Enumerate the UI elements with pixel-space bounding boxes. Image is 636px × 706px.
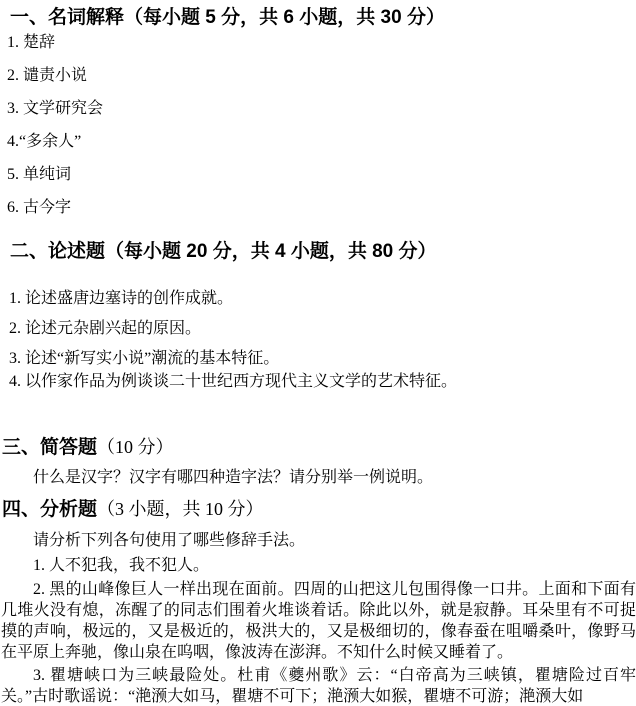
section-1-item-4: 4.“多余人” (7, 133, 636, 150)
section-noun-explanation: 一、名词解释（每小题 5 分，共 6 小题，共 30 分） 1. 楚辞 2. 谴… (0, 8, 636, 216)
section-1-item-6: 6. 古今字 (7, 199, 636, 216)
section-4-heading-score: （3 小题，共 10 分） (97, 499, 264, 519)
section-3-question: 什么是汉字？汉字有哪四种造字法？请分别举一例说明。 (33, 469, 636, 486)
section-1-item-2: 2. 谴责小说 (7, 67, 636, 84)
section-1-item-1: 1. 楚辞 (7, 34, 636, 51)
section-1-item-3: 3. 文学研究会 (7, 100, 636, 117)
exam-paper-page: 一、名词解释（每小题 5 分，共 6 小题，共 30 分） 1. 楚辞 2. 谴… (0, 8, 636, 706)
section-2-item-4: 4. 以作家作品为例谈谈二十世纪西方现代主义文学的艺术特征。 (9, 373, 636, 390)
section-3-heading-title: 三、简答题 (2, 437, 97, 458)
section-4-intro: 请分析下列各句使用了哪些修辞手法。 (33, 532, 636, 549)
section-2-item-1: 1. 论述盛唐边塞诗的创作成就。 (9, 290, 636, 307)
section-2-item-2: 2. 论述元杂剧兴起的原因。 (9, 320, 636, 337)
section-4-item-1: 1. 人不犯我，我不犯人。 (33, 557, 636, 574)
section-essay-questions: 二、论述题（每小题 20 分，共 4 小题，共 80 分） 1. 论述盛唐边塞诗… (0, 242, 636, 390)
section-4-item-2: 2. 黑的山峰像巨人一样出现在面前。四周的山把这儿包围得像一口井。上面和下面有几… (1, 579, 636, 663)
section-1-heading: 一、名词解释（每小题 5 分，共 6 小题，共 30 分） (10, 8, 636, 28)
section-3-heading: 三、简答题（10 分） (2, 437, 636, 458)
section-short-answer: 三、简答题（10 分） 什么是汉字？汉字有哪四种造字法？请分别举一例说明。 (0, 437, 636, 486)
section-3-heading-score: （10 分） (97, 437, 174, 457)
section-4-heading-title: 四、分析题 (2, 499, 97, 520)
section-4-item-3: 3. 瞿塘峡口为三峡最险处。杜甫《夔州歌》云：“白帝高为三峡镇，瞿塘险过百牢关。… (1, 665, 636, 706)
section-2-heading: 二、论述题（每小题 20 分，共 4 小题，共 80 分） (10, 242, 636, 262)
section-2-item-3: 3. 论述“新写实小说”潮流的基本特征。 (9, 350, 636, 367)
section-analysis: 四、分析题（3 小题，共 10 分） 请分析下列各句使用了哪些修辞手法。 1. … (0, 499, 636, 706)
section-1-item-5: 5. 单纯词 (7, 166, 636, 183)
section-4-heading: 四、分析题（3 小题，共 10 分） (2, 499, 636, 520)
